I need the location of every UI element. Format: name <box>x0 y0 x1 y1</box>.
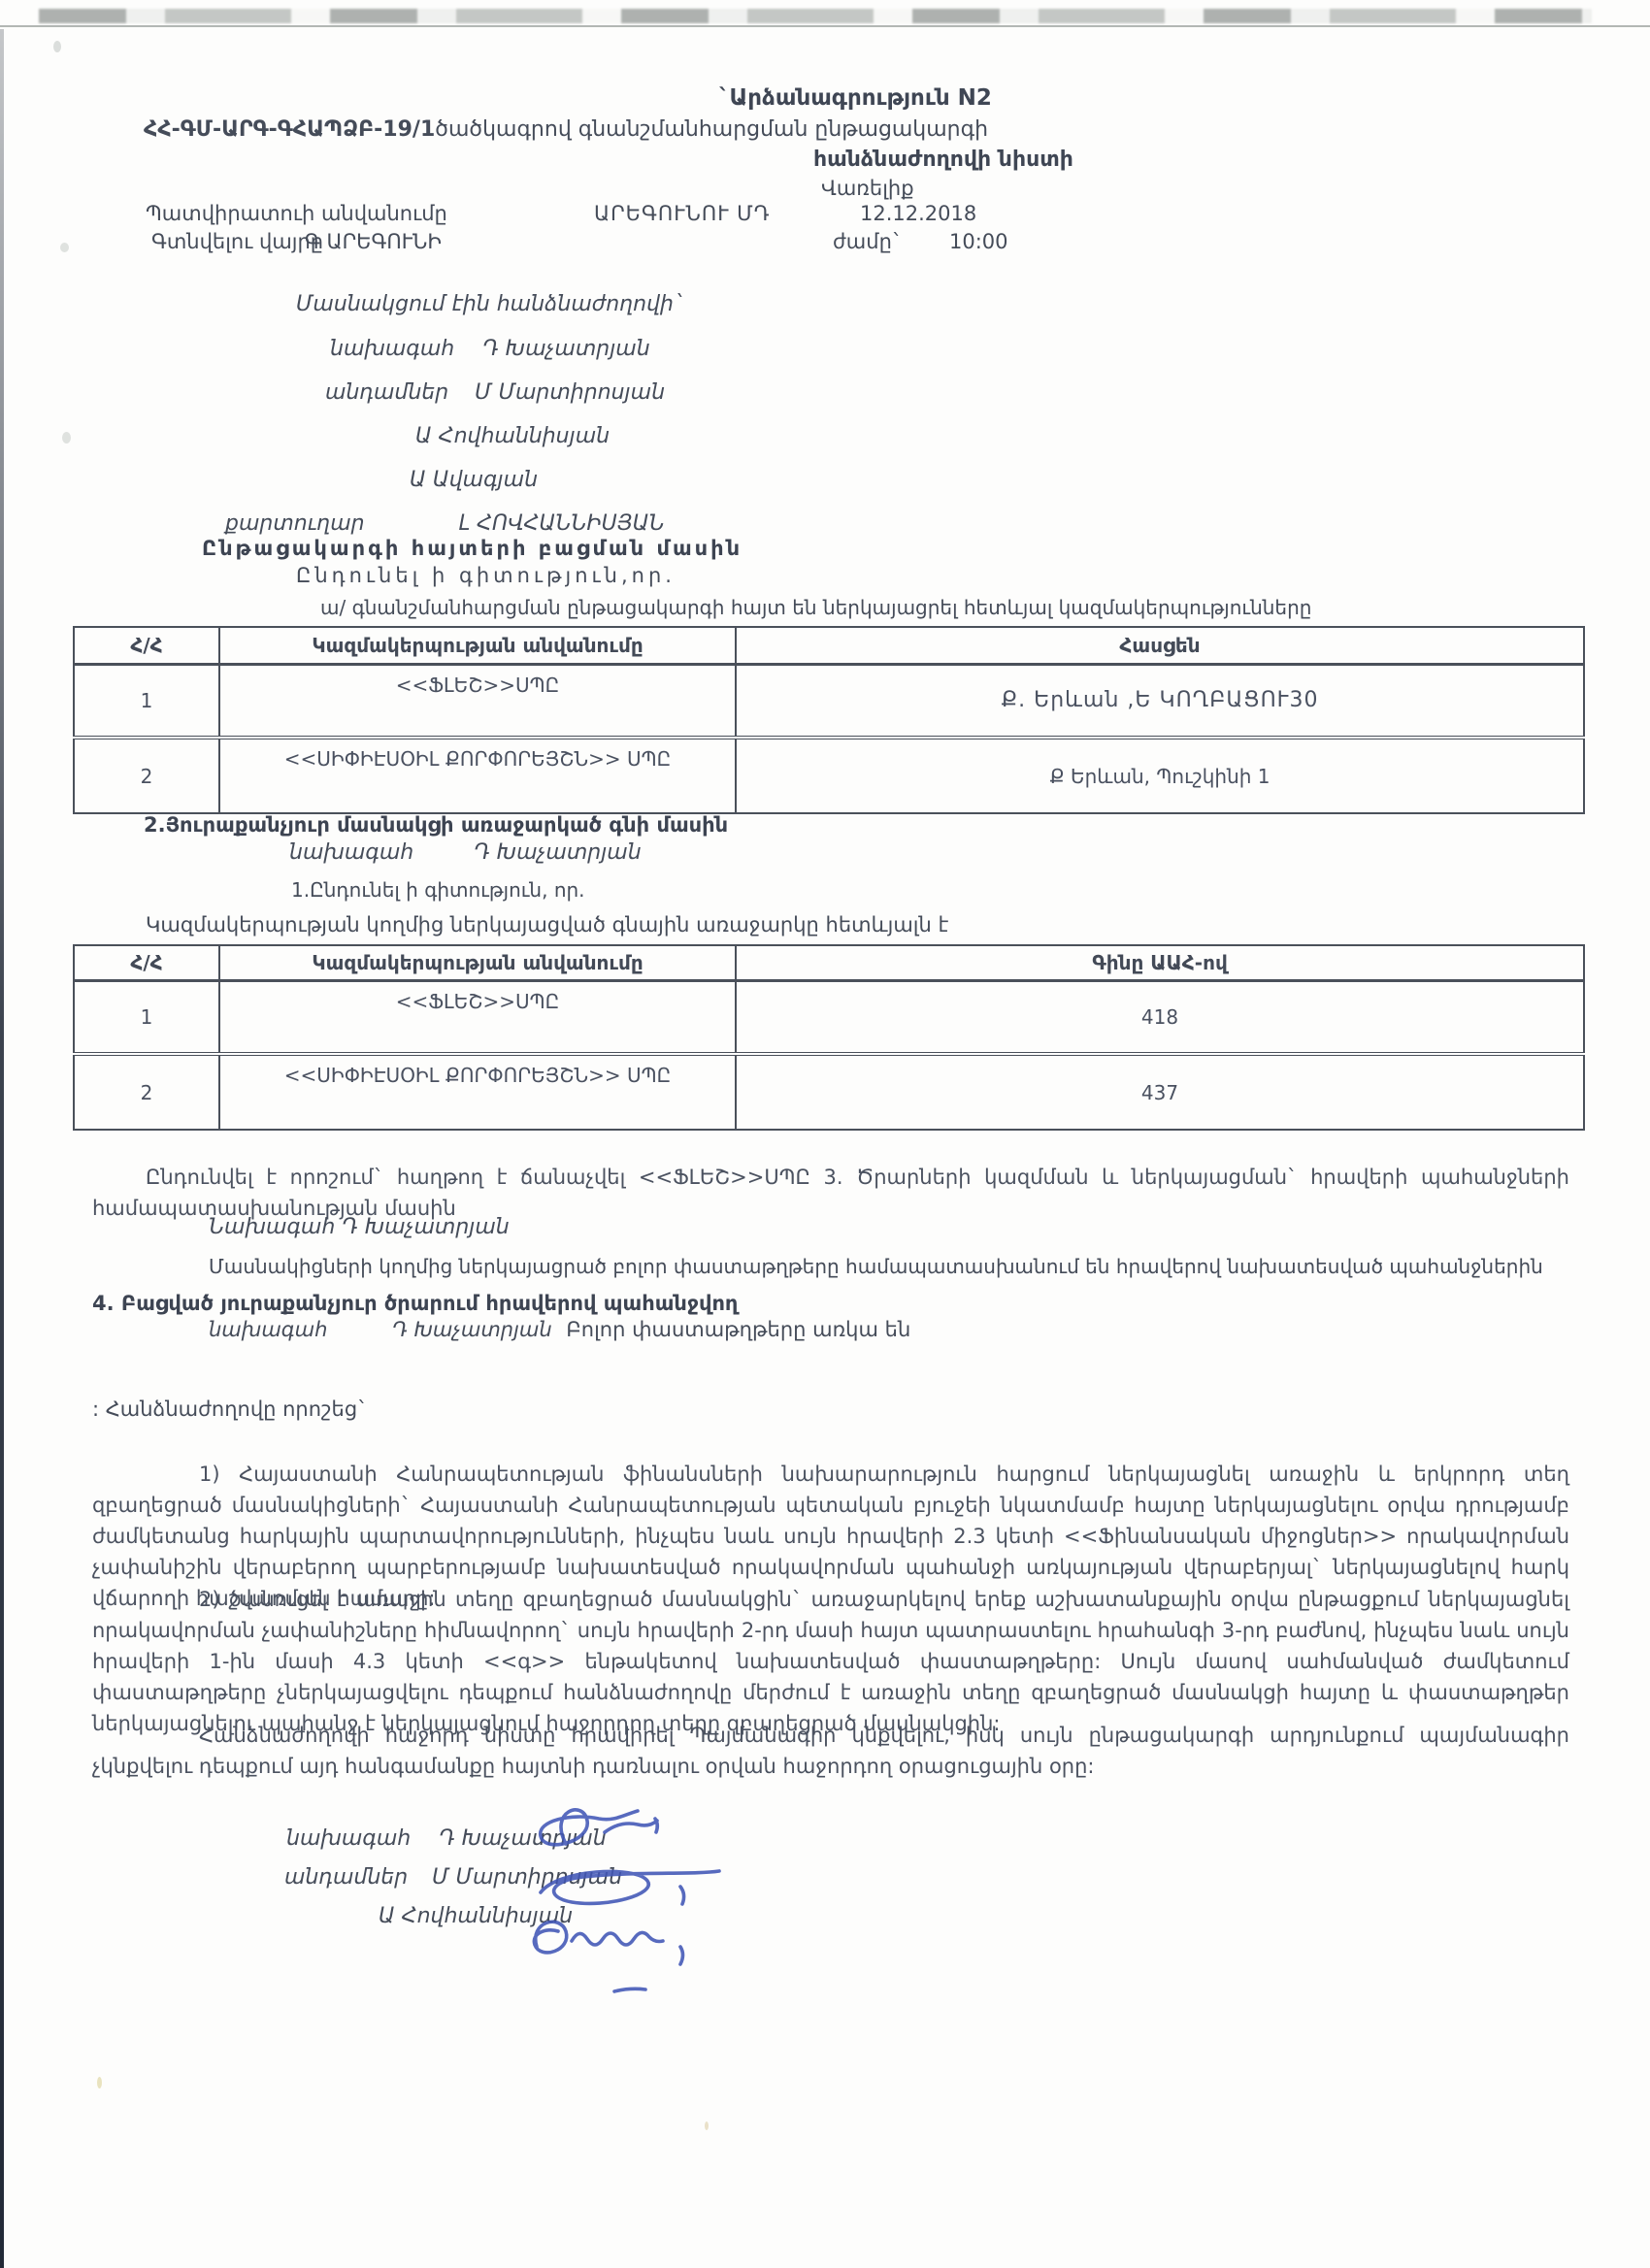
table-row: 2 <<ՍԻՓԻԷՍՕԻԼ ՔՈՐՓՈՐԵՅՇՆ>> ՍՊԸ Ք Երևան, … <box>74 738 1584 813</box>
signature-members-label: անդամներ <box>284 1865 408 1890</box>
table1-row1-name: <<ՖԼԵՇ>>ՍՊԸ <box>219 664 736 738</box>
members-label: անդամներ <box>325 380 448 405</box>
member-name-1: Մ Մարտիրոսյան <box>475 380 665 405</box>
secretary-name: Լ ՀՈՎՀԱՆՆԻՍՅԱՆ <box>459 511 665 536</box>
table-row: 1 <<ՖԼԵՇ>>ՍՊԸ 418 <box>74 980 1584 1054</box>
table1-header-address: Հասցեն <box>736 627 1584 664</box>
location-value: Գ ԱՐԵԳՈՒՆԻ <box>305 230 442 253</box>
procurement-code: ՀՀ-ԳՄ-ԱՐԳ-ԳՀԱՊՁԲ-19/1 <box>144 117 435 142</box>
member-name-2: Ա Հովհաննիսյան <box>415 424 610 448</box>
prices-table: Հ/Հ Կազմակերպության անվանումը Գինը ԱԱՀ-ո… <box>73 944 1585 1131</box>
secretary-label: քարտուղար <box>225 511 365 536</box>
table1-row1-address: Ք. Երևան ,Ե ԿՈՂԲԱՑՈՒ30 <box>736 664 1584 738</box>
meeting-date: 12.12.2018 <box>860 202 976 225</box>
section2-chair-label: նախագահ <box>289 840 413 865</box>
table2-header-price: Գինը ԱԱՀ-ով <box>736 945 1584 980</box>
scan-edge-artifact-left <box>0 29 4 2268</box>
procurement-subject: Վառելիք <box>821 177 914 200</box>
section2-intro: Կազմակերպության կողմից ներկայացված գնայի… <box>146 913 948 937</box>
section2-heading: 2.Յուրաքանչյուր մասնակցի առաջարկած գնի մ… <box>144 813 728 837</box>
table2-row1-num: 1 <box>74 980 219 1054</box>
table1-header-name: Կազմակերպության անվանումը <box>219 627 736 664</box>
table2-row1-name: <<ՖԼԵՇ>>ՍՊԸ <box>219 980 736 1054</box>
table2-row2-num: 2 <box>74 1054 219 1130</box>
section2-note: 1.Ընդունել ի գիտություն, որ. <box>291 878 585 902</box>
section3-chair: Նախագահ Դ Խաչատրյան <box>209 1215 510 1239</box>
handwritten-signatures-ink <box>490 1793 781 2007</box>
section1-heading: Ընթացակարգի հայտերի բացման մասին <box>202 537 742 560</box>
resolution-item-2: 2) ծանուցել է առաջին տեղը զբաղեցրած մասն… <box>92 1584 1569 1739</box>
section1-intro: ա/ գնանշմանհարցման ընթացակարգի հայտ են ն… <box>320 596 1311 619</box>
scan-speck <box>60 243 69 252</box>
resolution-item-3: Հանձնաժողովի հաջորդ նիստը հրավիրել Պայմա… <box>92 1720 1569 1782</box>
table-row: 2 <<ՍԻՓԻԷՍՕԻԼ ՔՈՐՓՈՐԵՅՇՆ>> ՍՊԸ 437 <box>74 1054 1584 1130</box>
time-value: 10:00 <box>949 230 1008 253</box>
chair-label: նախագահ <box>330 337 454 361</box>
scan-speck <box>62 432 71 444</box>
procurement-code-suffix: ծածկագրով գնանշմանհարցման ընթացակարգի <box>435 117 988 142</box>
table1-row1-num: 1 <box>74 664 219 738</box>
scan-speck <box>53 41 61 52</box>
doc-title: `Արձանագրություն N2 <box>718 85 992 111</box>
location-label: Գտնվելու վայրը <box>151 230 323 253</box>
customer-label: Պատվիրատուի անվանումը <box>146 202 447 225</box>
section3-note: Մասնակիցների կողմից ներկայացրած բոլոր փա… <box>209 1255 1543 1278</box>
bidders-table: Հ/Հ Կազմակերպության անվանումը Հասցեն 1 <… <box>73 626 1585 814</box>
table2-header-name: Կազմակերպության անվանումը <box>219 945 736 980</box>
table2-row2-price: 437 <box>736 1054 1584 1130</box>
section4-chair-note: Բոլոր փաստաթղթերը առկա են <box>566 1318 910 1341</box>
signature-chair-label: նախագահ <box>286 1826 411 1851</box>
scanned-document-page: `Արձանագրություն N2 ՀՀ-ԳՄ-ԱՐԳ-ԳՀԱՊՁԲ-19/… <box>0 0 1650 2268</box>
table2-header-num: Հ/Հ <box>74 945 219 980</box>
section4-chair-name: Դ Խաչատրյան <box>392 1318 552 1341</box>
section4-chair-label: նախագահ <box>209 1318 327 1341</box>
chair-name: Դ Խաչատրյան <box>482 337 649 361</box>
customer-value: ԱՐԵԳՈՒՆՈՒ ՄԴ <box>594 202 771 225</box>
scan-speck <box>705 2121 709 2130</box>
scan-line-top <box>0 25 1650 27</box>
section4-decision-intro: : Հանձնաժողովը որոշեց` <box>92 1397 368 1421</box>
section4-heading: 4. Բացված յուրաքանչյուր ծրարում հրավերով… <box>92 1292 738 1315</box>
table1-row2-name: <<ՍԻՓԻԷՍՕԻԼ ՔՈՐՓՈՐԵՅՇՆ>> ՍՊԸ <box>219 738 736 813</box>
table2-row1-price: 418 <box>736 980 1584 1054</box>
doc-subtitle: հանձնաժողովի նիստի <box>813 148 1073 172</box>
table1-header-num: Հ/Հ <box>74 627 219 664</box>
scan-edge-artifact-top <box>39 9 1592 23</box>
participants-intro: Մասնակցում էին հանձնաժողովի` <box>296 292 684 316</box>
section1-subheading: Ընդունել ի գիտություն,որ. <box>296 564 676 587</box>
scan-speck <box>97 2077 102 2088</box>
member-name-3: Ա Ավագյան <box>410 468 538 492</box>
table-row: 1 <<ՖԼԵՇ>>ՍՊԸ Ք. Երևան ,Ե ԿՈՂԲԱՑՈՒ30 <box>74 664 1584 738</box>
section2-chair-name: Դ Խաչատրյան <box>474 840 641 865</box>
time-label: ժամը` <box>833 230 902 253</box>
table1-row2-num: 2 <box>74 738 219 813</box>
table1-row2-address: Ք Երևան, Պուշկինի 1 <box>736 738 1584 813</box>
table2-row2-name: <<ՍԻՓԻԷՍՕԻԼ ՔՈՐՓՈՐԵՅՇՆ>> ՍՊԸ <box>219 1054 736 1130</box>
